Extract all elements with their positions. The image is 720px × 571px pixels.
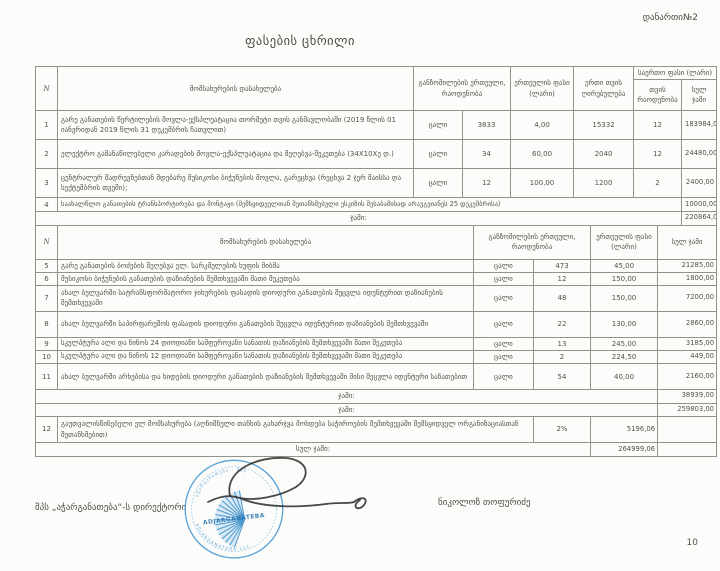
quantity-cell: 3833 [463, 111, 511, 140]
total-cell: 7200,00 [658, 285, 717, 311]
service-description: გარე განათების წერტილების მოვლა-ექსპლუატ… [58, 111, 414, 140]
table-row: 9 სკულპტურა ალი და ნინოს 24 დიოდიანი სამ… [36, 337, 717, 350]
grand-total-label: სულ ჯამი: [36, 443, 591, 457]
quantity-cell: 54 [534, 364, 591, 390]
service-description: ახალ ბულვარში საპირფარეშოს ფასადის დიოდუ… [58, 311, 474, 337]
month-cost-cell: 15332 [574, 111, 634, 140]
row-number: 7 [36, 285, 58, 311]
price-tables: N მომსახურების დასახელება განზომილების ე… [35, 66, 716, 457]
months-cell: 2 [634, 169, 682, 198]
sum-row: ჯამი: 38939,00 [36, 390, 717, 403]
quantity-cell: 473 [534, 259, 591, 272]
total-cell: 449,00 [658, 351, 717, 364]
unit-cell: ცალი [474, 337, 534, 350]
price-table-monthly: N მომსახურების დასახელება განზომილების ე… [35, 66, 717, 226]
row-number: 1 [36, 111, 58, 140]
quantity-cell: 22 [534, 311, 591, 337]
service-description: გარე განათების ბოძების შეღებვა ელ. სარკმ… [58, 259, 474, 272]
row-number: 8 [36, 311, 58, 337]
col-header-n: N [36, 225, 58, 259]
grand-total-row: სულ ჯამი: 264999,06 [36, 443, 717, 457]
unit-cell: ცალი [474, 311, 534, 337]
total-cell: 3185,00 [658, 337, 717, 350]
col-header-description: მომსახურების დასახელება [58, 225, 474, 259]
unit-cell: ცალი [474, 259, 534, 272]
unit-price-cell: 224,50 [591, 351, 658, 364]
unit-cell: ცალი [414, 111, 463, 140]
sum-row: ჯამი: 259803,00 [36, 403, 717, 416]
total-cell: 5196,06 [591, 417, 658, 443]
row-number: 12 [36, 417, 58, 443]
col-header-total-group: საერთო ფასი (ლარი) [634, 67, 717, 80]
col-header-unit-price: ერთეულის ფასი (ლარი) [591, 225, 658, 259]
sum-label: ჯამი: [36, 403, 658, 416]
row-number: 6 [36, 272, 58, 285]
col-header-sum: სულ ჯამი [682, 80, 717, 111]
service-description: ცენტრალურ შადრევნებთან მდებარე მუსიკოსი … [58, 169, 414, 198]
col-header-month-cost: ერთი თვის ღირებულება [574, 67, 634, 111]
sum-row: ჯამი: 220864,00 [36, 212, 717, 225]
sum-label: ჯამი: [36, 390, 658, 403]
unit-price-cell: 130,00 [591, 311, 658, 337]
table-row: 11 ახალ ბულვარში არხებისა და ხიდების დიო… [36, 364, 717, 390]
service-description: სკულპტურა ალი და ნინოს 12 დიოდიანი სამფე… [58, 351, 474, 364]
table-row: 5 გარე განათების ბოძების შეღებვა ელ. სარ… [36, 259, 717, 272]
col-header-unit-qty: განზომილების ერთეული, რაოდენობა [414, 67, 511, 111]
table-row: 4 საახალწლო განათების ტრანსპორტირება და … [36, 198, 717, 212]
unit-cell: ცალი [474, 351, 534, 364]
total-cell: 21285,00 [658, 259, 717, 272]
table-row: 6 მუსიკოსი ბიჭუნების განათების დაზიანები… [36, 272, 717, 285]
grand-total-value: 264999,06 [591, 443, 658, 457]
row-number: 5 [36, 259, 58, 272]
page-number: 10 [687, 538, 698, 548]
unit-price-cell: 40,00 [591, 364, 658, 390]
service-description: ელექტრო გამანაწილებელი კარადების მოვლა-ე… [58, 140, 414, 169]
table-row: 7 ახალ ბულვარში სატრანსფორმატორო ჯიხურებ… [36, 285, 717, 311]
unit-price-cell: 45,00 [591, 259, 658, 272]
month-cost-cell: 2040 [574, 140, 634, 169]
quantity-cell: 12 [534, 272, 591, 285]
empty-cell [658, 443, 717, 457]
row-number: 2 [36, 140, 58, 169]
col-header-n: N [36, 67, 58, 111]
percent-cell: 2% [534, 417, 591, 443]
total-cell: 10000,00 [682, 198, 717, 212]
col-header-unit-qty: განზომილების ერთეული, რაოდენობა [474, 225, 591, 259]
unit-price-cell: 4,00 [511, 111, 574, 140]
unit-price-cell: 245,00 [591, 337, 658, 350]
sum-value: 259803,00 [658, 403, 717, 416]
total-cell: 2860,00 [658, 311, 717, 337]
unit-cell: ცალი [474, 272, 534, 285]
month-cost-cell: 1200 [574, 169, 634, 198]
table-header-row: N მომსახურების დასახელება განზომილების ე… [36, 67, 717, 80]
quantity-cell: 34 [463, 140, 511, 169]
unit-price-cell: 100,00 [511, 169, 574, 198]
price-table-per-unit: N მომსახურების დასახელება განზომილების ე… [35, 225, 717, 457]
table-row: 12 გაუთვალისწინებელი ელ მომსახურება (აღნ… [36, 417, 717, 443]
unit-price-cell: 60,00 [511, 140, 574, 169]
sum-label: ჯამი: [36, 212, 682, 225]
appendix-label: დანართი№2 [643, 13, 698, 23]
row-number: 11 [36, 364, 58, 390]
total-cell: 183984,00 [682, 111, 717, 140]
sum-value: 220864,00 [682, 212, 717, 225]
service-description: საახალწლო განათების ტრანსპორტირება და მო… [58, 198, 682, 212]
quantity-cell: 13 [534, 337, 591, 350]
table-row: 8 ახალ ბულვარში საპირფარეშოს ფასადის დიო… [36, 311, 717, 337]
col-header-months: თვის რაოდენობა [634, 80, 682, 111]
row-number: 10 [36, 351, 58, 364]
quantity-cell: 2 [534, 351, 591, 364]
signatory-title: შპს „აჭარგანათება“-ს დირექტორი [35, 503, 186, 513]
unit-price-cell: 150,00 [591, 285, 658, 311]
row-number: 9 [36, 337, 58, 350]
total-cell: 24480,00 [682, 140, 717, 169]
sum-value: 38939,00 [658, 390, 717, 403]
service-description: სკულპტურა ალი და ნინოს 24 დიოდიანი სამფე… [58, 337, 474, 350]
service-description: ახალ ბულვარში არხებისა და ხიდების დიოდურ… [58, 364, 474, 390]
service-description: მუსიკოსი ბიჭუნების განათების დაზიანების … [58, 272, 474, 285]
row-number: 3 [36, 169, 58, 198]
unit-cell: ცალი [414, 169, 463, 198]
unit-cell: ცალი [474, 364, 534, 390]
total-cell: 1800,00 [658, 272, 717, 285]
table-header-row: N მომსახურების დასახელება განზომილების ე… [36, 225, 717, 259]
months-cell: 12 [634, 140, 682, 169]
page-title: ფასების ცხრილი [0, 33, 600, 48]
quantity-cell: 48 [534, 285, 591, 311]
quantity-cell: 12 [463, 169, 511, 198]
col-header-description: მომსახურების დასახელება [58, 67, 414, 111]
service-description: ახალ ბულვარში სატრანსფორმატორო ჯიხურების… [58, 285, 474, 311]
total-cell: 2400,00 [682, 169, 717, 198]
table-row: 10 სკულპტურა ალი და ნინოს 12 დიოდიანი სა… [36, 351, 717, 364]
col-header-sum: სულ ჯამი [658, 225, 717, 259]
col-header-unit-price: ერთეულის ფასი (ლარი) [511, 67, 574, 111]
months-cell: 12 [634, 111, 682, 140]
row-number: 4 [36, 198, 58, 212]
signatory-name: ნიკოლოზ თოფურიძე [438, 498, 531, 508]
service-description: გაუთვალისწინებელი ელ მომსახურება (აღნიშნ… [58, 417, 534, 443]
table-row: 2 ელექტრო გამანაწილებელი კარადების მოვლა… [36, 140, 717, 169]
table-row: 3 ცენტრალურ შადრევნებთან მდებარე მუსიკოს… [36, 169, 717, 198]
empty-cell [658, 417, 717, 443]
total-cell: 2160,00 [658, 364, 717, 390]
unit-cell: ცალი [474, 285, 534, 311]
table-row: 1 გარე განათების წერტილების მოვლა-ექსპლუ… [36, 111, 717, 140]
unit-cell: ცალი [414, 140, 463, 169]
unit-price-cell: 150,00 [591, 272, 658, 285]
company-stamp: · აჭარგანათება · შპს · ADJARGANATEBA ADJ… [181, 454, 287, 560]
